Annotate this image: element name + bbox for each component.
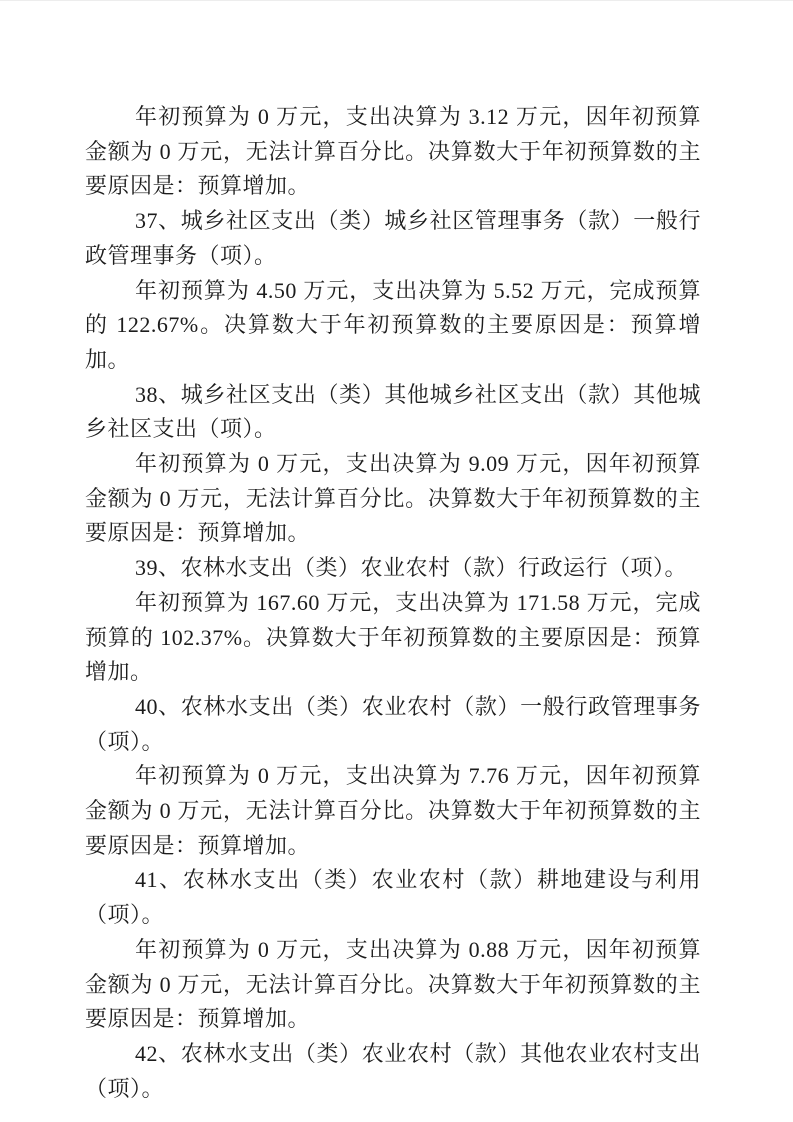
paragraph-item-41-heading: 41、农林水支出（类）农业农村（款）耕地建设与利用（项）。 [85,863,701,932]
paragraph-item-38-detail: 年初预算为 0 万元，支出决算为 9.09 万元，因年初预算金额为 0 万元，无… [85,447,701,551]
paragraph-item-40-heading: 40、农林水支出（类）农业农村（款）一般行政管理事务（项）。 [85,690,701,759]
paragraph-item-39-detail: 年初预算为 167.60 万元，支出决算为 171.58 万元，完成预算的 10… [85,586,701,690]
paragraph-item-40-detail: 年初预算为 0 万元，支出决算为 7.76 万元，因年初预算金额为 0 万元，无… [85,759,701,863]
paragraph-item-42-heading: 42、农林水支出（类）农业农村（款）其他农业农村支出（项）。 [85,1037,701,1106]
paragraph-item-41-detail: 年初预算为 0 万元，支出决算为 0.88 万元，因年初预算金额为 0 万元，无… [85,933,701,1037]
paragraph-item-39-heading: 39、农林水支出（类）农业农村（款）行政运行（项）。 [85,551,701,586]
document-body: 年初预算为 0 万元，支出决算为 3.12 万元，因年初预算金额为 0 万元，无… [85,100,701,1106]
paragraph-item-37-detail: 年初预算为 4.50 万元，支出决算为 5.52 万元，完成预算的 122.67… [85,274,701,378]
paragraph-detail-continuation: 年初预算为 0 万元，支出决算为 3.12 万元，因年初预算金额为 0 万元，无… [85,100,701,204]
paragraph-item-38-heading: 38、城乡社区支出（类）其他城乡社区支出（款）其他城乡社区支出（项）。 [85,378,701,447]
paragraph-item-37-heading: 37、城乡社区支出（类）城乡社区管理事务（款）一般行政管理事务（项）。 [85,204,701,273]
document-page: 年初预算为 0 万元，支出决算为 3.12 万元，因年初预算金额为 0 万元，无… [0,0,793,1122]
